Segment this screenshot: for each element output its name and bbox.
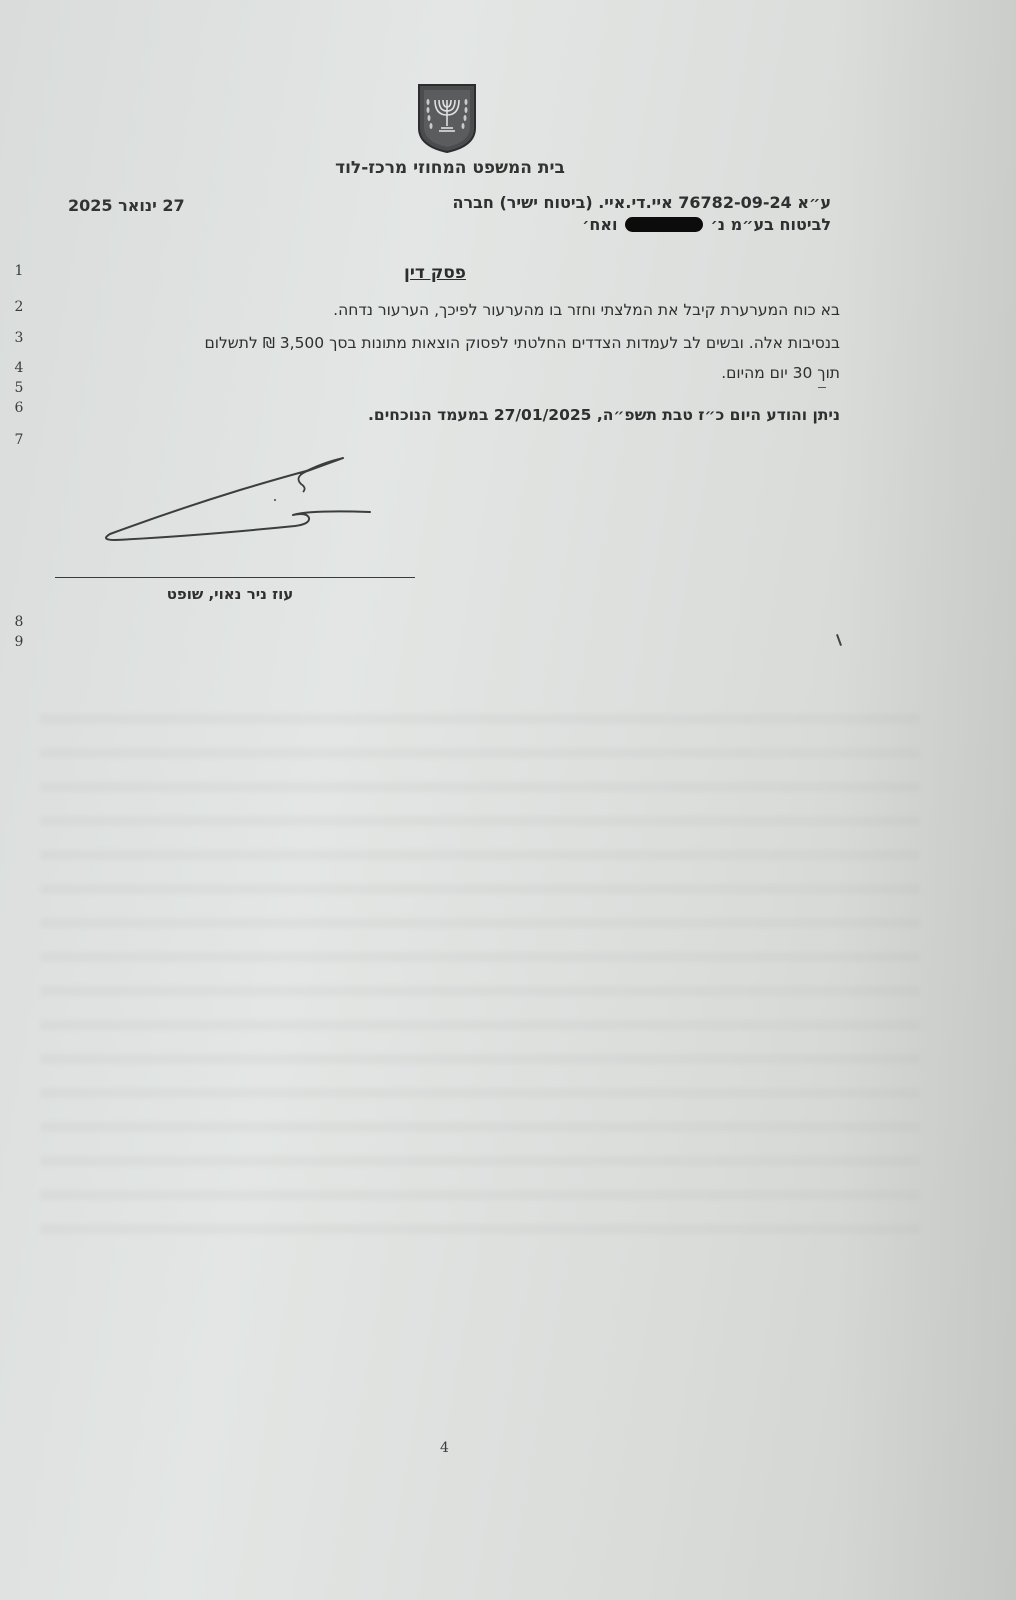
page-shadow (836, 0, 1016, 1600)
case-number: ע״א 76782-09-24 איי.די.איי. (ביטוח ישיר)… (453, 193, 832, 212)
parties-suffix: ואח׳ (582, 215, 617, 234)
judge-name: עוז ניר נאוי, שופט (100, 585, 360, 603)
line-number: 5 (12, 380, 26, 396)
court-name: בית המשפט המחוזי מרכז-לוד (300, 158, 600, 178)
line-number: 3 (12, 330, 26, 346)
line-number: 6 (12, 400, 26, 416)
ruling-line: תוך 30 יום מהיום. (721, 364, 840, 382)
line-number: 1 (12, 263, 26, 279)
ruling-line: בא כוח המערערת קיבל את המלצתי וחזר בו מה… (333, 301, 840, 319)
parties-line: לביטוח בע״מ נ׳ ואח׳ (582, 215, 831, 234)
state-emblem-menorah-icon (416, 82, 478, 154)
line-number: 2 (12, 299, 26, 315)
page-number: 4 (440, 1440, 449, 1456)
ruling-line: בנסיבות אלה. ובשים לב לעמדות הצדדים החלט… (204, 334, 840, 352)
line-number: 7 (12, 432, 26, 448)
judge-signature (95, 452, 385, 552)
line-number: 4 (12, 360, 26, 376)
document-date: 27 ינואר 2025 (68, 196, 185, 215)
document-page: בית המשפט המחוזי מרכז-לוד ע״א 76782-09-2… (0, 0, 1016, 1600)
bleed-through-texture (40, 690, 920, 1250)
ruling-given-line: ניתן והודע היום כ״ז טבת תשפ״ה, 27/01/202… (368, 406, 840, 424)
redaction-bar (625, 217, 703, 232)
line-number: 9 (12, 634, 26, 650)
signature-line (55, 577, 415, 578)
stray-mark (818, 387, 826, 388)
ruling-title: פסק דין (380, 263, 490, 283)
line-number: 8 (12, 614, 26, 630)
parties-prefix: לביטוח בע״מ נ׳ (711, 215, 831, 234)
